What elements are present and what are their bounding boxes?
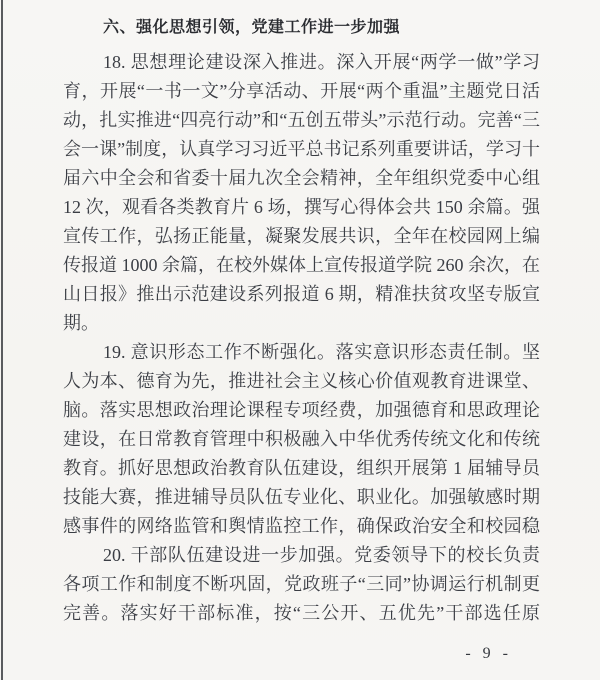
text-line: 宣传工作，弘扬正能量，凝聚发展共识，全年在校园网上编发宣 [63, 222, 540, 251]
text-line: 动，扎实推进“四亮行动”和“五创五带头”示范行动。完善“三 [63, 106, 540, 135]
text-line: 19. 意识形态工作不断强化。落实意识形态责任制。坚持育 [63, 338, 540, 367]
text-line: 期。 [63, 309, 540, 338]
text-line: 传报道 1000 余篇，在校外媒体上宣传报道学院 260 余次，在《眉 [63, 251, 540, 280]
text-line: 各项工作和制度不断巩固，党政班子“三同”协调运行机制更加 [63, 570, 540, 599]
text-line: 完善。落实好干部标准，按“三公开、五优先”干部选任原则， [63, 599, 540, 628]
document-body: 六、强化思想引领，党建工作进一步加强 18. 思想理论建设深入推进。深入开展“两… [63, 13, 540, 628]
text-line: 脑。落实思想政治理论课程专项经费，加强德育和思政理论课程 [63, 396, 540, 425]
text-line: 会一课”制度，认真学习习近平总书记系列重要讲话，学习十八 [63, 135, 540, 164]
text-line: 技能大赛，推进辅导员队伍专业化、职业化。加强敏感时期和敏 [63, 483, 540, 512]
text-line: 20. 干部队伍建设进一步加强。党委领导下的校长负责制的 [63, 541, 540, 570]
text-line: 山日报》推出示范建设系列报道 6 期，精准扶贫攻坚专版宣传 2 [63, 280, 540, 309]
text-line: 人为本、德育为先，推进社会主义核心价值观教育进课堂、进头 [63, 367, 540, 396]
scan-edge-line [1, 0, 3, 680]
text-line: 教育。抓好思想政治教育队伍建设，组织开展第 1 届辅导员职业 [63, 454, 540, 483]
page-number: - 9 - [465, 645, 512, 663]
scanned-document-page: 六、强化思想引领，党建工作进一步加强 18. 思想理论建设深入推进。深入开展“两… [0, 0, 600, 680]
text-line: 感事件的网络监管和舆情监控工作，确保政治安全和校园稳定。 [63, 512, 540, 541]
text-line: 建设，在日常教育管理中积极融入中华优秀传统文化和传统美德 [63, 425, 540, 454]
text-line: 育，开展“一书一文”分享活动、开展“两个重温”主题党日活 [63, 77, 540, 106]
section-heading: 六、强化思想引领，党建工作进一步加强 [63, 13, 540, 42]
text-line: 12 次，观看各类教育片 6 场，撰写心得体会共 150 余篇。强化 [63, 193, 540, 222]
text-line: 18. 思想理论建设深入推进。深入开展“两学一做”学习教 [63, 48, 540, 77]
text-line: 届六中全会和省委十届九次全会精神，全年组织党委中心组学习 [63, 164, 540, 193]
